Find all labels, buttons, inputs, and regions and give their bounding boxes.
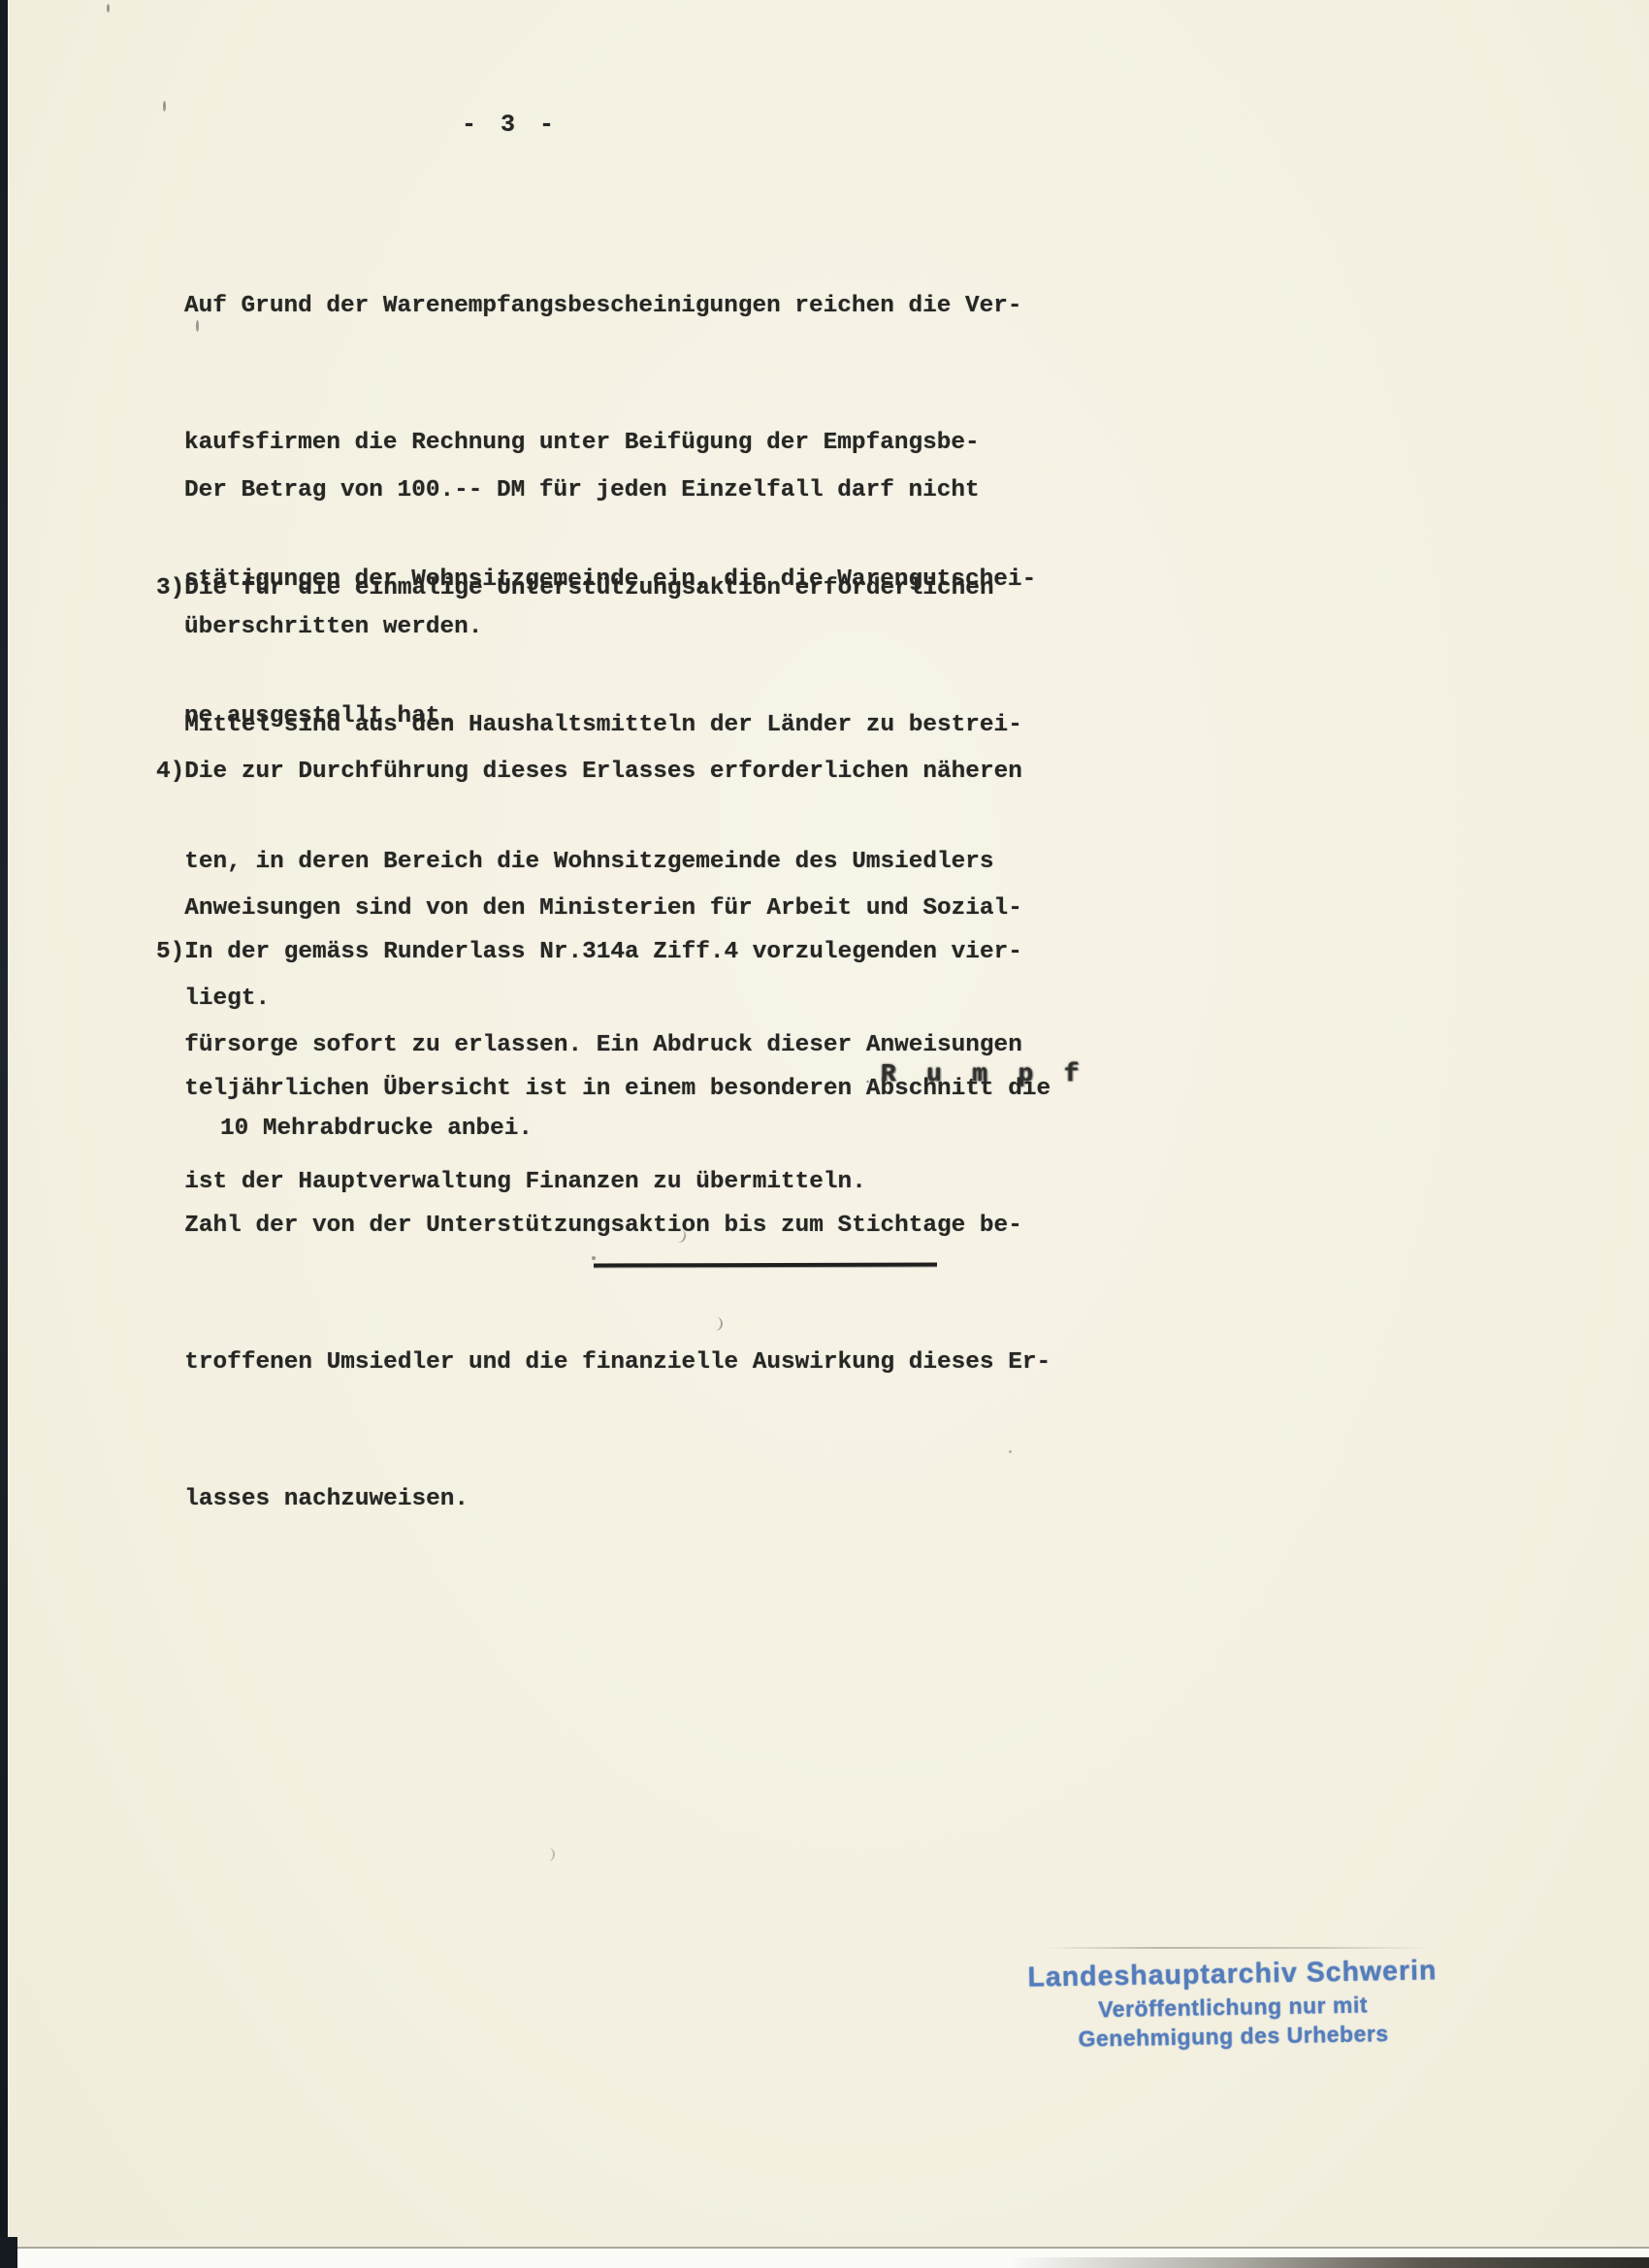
scanned-document: { "page_number": "- 3 -", "document": { …	[0, 0, 1649, 2268]
scan-mark	[548, 1848, 556, 1862]
scan-corner-bottom-left	[0, 2237, 17, 2268]
item-marker: 3)	[156, 575, 184, 601]
scan-speck	[592, 1256, 596, 1260]
signature-artifact: . .	[826, 1071, 882, 1087]
text-line: Auf Grund der Warenempfangsbescheinigung…	[184, 283, 1036, 329]
scan-shadow-bottom-right	[1009, 2257, 1649, 2268]
item-marker: 5)	[156, 939, 184, 965]
text-line: Die für die einmalige Unterstützungsakti…	[184, 575, 993, 601]
archive-stamp: Landeshauptarchiv Schwerin Veröffentlich…	[1016, 1952, 1450, 2055]
signature: R u m p f	[881, 1059, 1086, 1088]
text-line: lasses nachzuweisen.	[156, 1476, 1051, 1522]
scan-speck	[196, 320, 199, 332]
scan-speck	[107, 4, 110, 13]
list-item-5: 5)In der gemäss Runderlass Nr.314a Ziff.…	[156, 838, 1051, 1568]
text-line: In der gemäss Runderlass Nr.314a Ziff.4 …	[184, 939, 1022, 965]
scan-speck	[163, 101, 166, 112]
page-number: - 3 -	[462, 111, 559, 139]
text-line: troffenen Umsiedler und die finanzielle …	[156, 1340, 1051, 1385]
item-marker: 4)	[156, 759, 184, 785]
stamp-line-3: Genehmigung des Urhebers	[1017, 2018, 1449, 2055]
attachment-note: 10 Mehrabdrucke anbei.	[220, 1116, 533, 1142]
scan-speck	[1009, 1450, 1012, 1453]
text-line: Die zur Durchführung dieses Erlasses erf…	[184, 759, 1022, 785]
scan-scratch	[1043, 1947, 1431, 1949]
text-line: Zahl der von der Unterstützungsaktion bi…	[156, 1203, 1051, 1248]
scan-edge-left	[0, 0, 8, 2268]
